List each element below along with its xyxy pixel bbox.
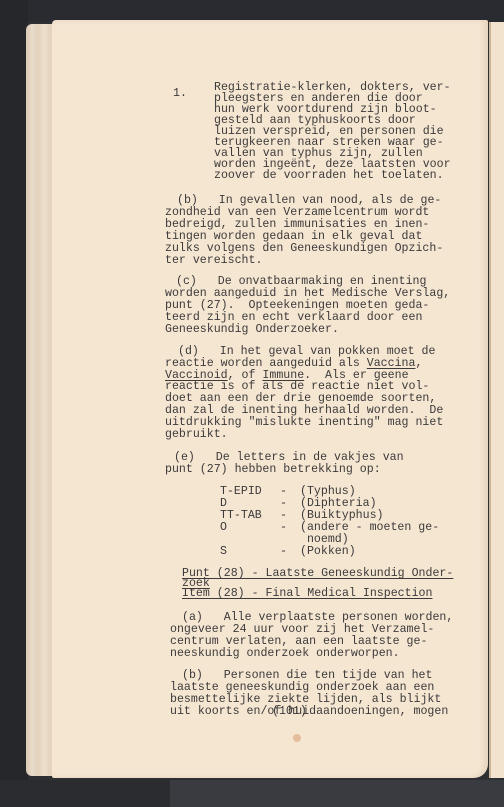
para-28a-line: neeskundig onderzoek onderworpen. (170, 648, 400, 660)
para-e-line: (e) De letters in de vakjes van (174, 452, 404, 464)
book-page: 1. Registratie-klerken, dokters, ver- pl… (52, 20, 488, 778)
code-label: S (220, 546, 227, 558)
para-28a-line: ongeveer 24 uur voor zij het Verzamel- (170, 624, 434, 636)
paper-stain (293, 734, 301, 742)
code-dash: - (280, 498, 287, 510)
para-d-line: doet aan een der drie genoemde soorten, (165, 393, 436, 405)
para-c-line: worden aangeduid in het Medische Verslag… (165, 288, 450, 300)
code-dash: - (280, 522, 287, 534)
adjacent-page-edge (489, 22, 504, 778)
page-content: 1. Registratie-klerken, dokters, ver- pl… (52, 20, 488, 778)
code-meaning: (Diphteria) (300, 498, 377, 510)
para-e-line: punt (27) hebben betrekking op: (165, 464, 381, 476)
para-d-line: uitdrukking "mislukte inenting" mag niet (165, 417, 443, 429)
section-heading-dutch: Punt (28) - Laatste Geneeskundig Onder- (182, 568, 453, 580)
para-c-line: Geneeskundig Onderzoeker. (165, 324, 339, 336)
code-meaning: noemd) (300, 534, 349, 546)
para-28b-line: uit koorts en/of huidaandoeningen, mogen (170, 706, 448, 718)
code-dash: - (280, 510, 287, 522)
para-c-line: punt (27). Opteekeningen moeten geda- (165, 300, 429, 312)
para-b-line: (b) In gevallen van nood, als de ge- (177, 195, 441, 207)
code-dash: - (280, 546, 287, 558)
item1-line: zoover de voorraden het toelaten. (214, 170, 444, 182)
para-28a-line: centrum verlaten, aan een laatste ge- (170, 636, 427, 648)
para-28a-line: (a) Alle verplaatste personen worden, (182, 612, 453, 624)
para-b-line: ter vereischt. (165, 255, 262, 267)
para-b-line: bedreigd, zullen immunisaties en inen- (165, 219, 429, 231)
para-c-line: teerd zijn en echt verklaard door een (165, 312, 422, 324)
code-label: TT-TAB (220, 510, 262, 522)
item-number: 1. (173, 88, 187, 100)
background-bottom-left (0, 780, 170, 807)
code-label: T-EPID (220, 486, 262, 498)
code-dash: - (280, 486, 287, 498)
background-left (0, 0, 28, 807)
para-d-line: gebruikt. (165, 429, 228, 441)
para-c-line: (c) De onvatbaarmaking en inenting (176, 276, 426, 288)
code-meaning: (Pokken) (300, 546, 356, 558)
code-label: O (220, 522, 227, 534)
page-number: (101) (272, 706, 307, 718)
para-b-line: zulks volgens den Geneeskundigen Opzich- (165, 243, 443, 255)
para-28b-line: laatste geneeskundig onderzoek aan een (170, 682, 434, 694)
para-b-line: zondheid van een Verzamelcentrum wordt (165, 207, 429, 219)
para-b-line: tingen worden gedaan in elk geval dat (165, 231, 422, 243)
para-d-text: , (415, 357, 422, 370)
code-meaning: (Typhus) (300, 486, 356, 498)
code-meaning: (Buiktyphus) (300, 510, 384, 522)
para-28b-line: besmettelijke ziekte lijden, als blijkt (170, 694, 441, 706)
para-28b-line: (b) Personen die ten tijde van het (182, 670, 432, 682)
para-d-line: reactie worden aangeduid als Vaccina, (165, 358, 422, 370)
code-label: D (220, 498, 227, 510)
section-heading-english: Item (28) - Final Medical Inspection (182, 588, 432, 600)
code-meaning: (andere - moeten ge- (300, 522, 439, 534)
para-d-line: reactie is of als de reactie niet vol- (165, 381, 429, 393)
background-top (0, 0, 504, 22)
para-d-line: dan zal de inenting herhaald worden. De (165, 405, 443, 417)
para-d-line: (d) In het geval van pokken moet de (178, 346, 435, 358)
